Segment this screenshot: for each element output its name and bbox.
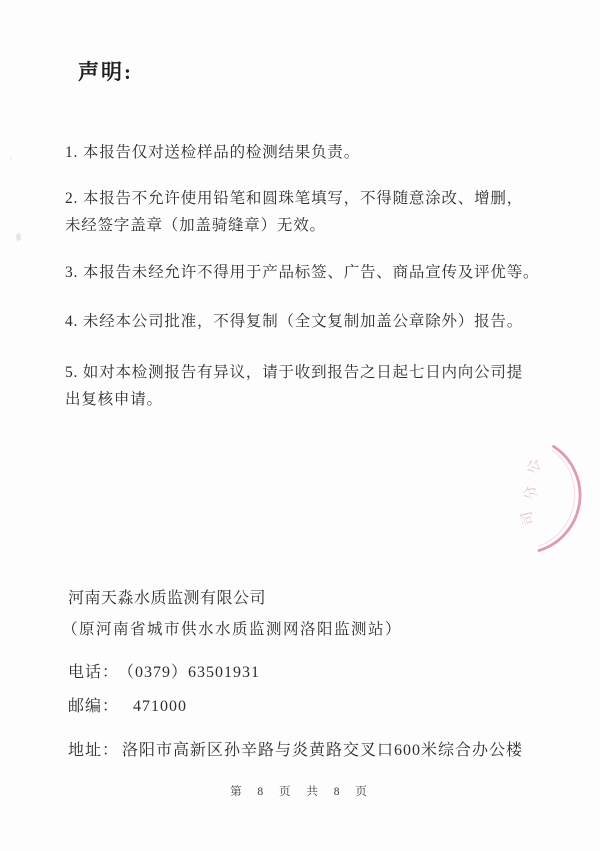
phone-value: （0379）63501931 (126, 664, 260, 681)
red-seal-stamp: 公 分 司 (460, 433, 584, 557)
statement-line-5b: 出复核申请。 (65, 387, 163, 409)
seal-glyph-1: 公 (526, 457, 544, 474)
statement-line-2a: 2. 本报告不允许使用铅笔和圆珠笔填写，不得随意涂改、增删， (65, 186, 523, 208)
statement-line-1: 1. 本报告仅对送检样品的检测结果负责。 (65, 140, 360, 162)
scan-artifact (10, 157, 12, 160)
address-value: 洛阳市高新区孙辛路与炎黄路交叉口600米综合办公楼 (122, 742, 523, 759)
scan-artifact (16, 233, 21, 241)
statement-title: 声明: (78, 56, 133, 86)
page-number-footer: 第 8 页 共 8 页 (0, 783, 600, 799)
company-former-name: （原河南省城市供水水质监测网洛阳监测站） (62, 617, 402, 639)
statement-line-2b: 未经签字盖章（加盖骑缝章）无效。 (65, 213, 326, 235)
contact-row-phone: 电话：（0379）63501931 (68, 659, 260, 682)
statement-line-5a: 5. 如对本检测报告有异议，请于收到报告之日起七日内向公司提 (65, 360, 523, 382)
report-statement-page: 声明: 1. 本报告仅对送检样品的检测结果负责。 2. 本报告不允许使用铅笔和圆… (0, 0, 600, 851)
seal-glyph-2: 分 (522, 483, 541, 501)
postal-value: 471000 (133, 698, 187, 715)
seal-glyph-3: 司 (519, 509, 538, 527)
phone-label: 电话： (68, 664, 119, 681)
contact-row-postal: 邮编：471000 (68, 693, 187, 716)
postal-label: 邮编： (68, 698, 119, 715)
company-name: 河南天淼水质监测有限公司 (68, 585, 266, 608)
statement-line-3: 3. 本报告未经允许不得用于产品标签、广告、商品宣传及评优等。 (65, 260, 539, 282)
statement-line-4: 4. 未经本公司批准，不得复制（全文复制加盖公章除外）报告。 (65, 309, 523, 331)
contact-row-address: 地址：洛阳市高新区孙辛路与炎黄路交叉口600米综合办公楼 (68, 737, 523, 760)
address-label: 地址： (68, 742, 119, 759)
